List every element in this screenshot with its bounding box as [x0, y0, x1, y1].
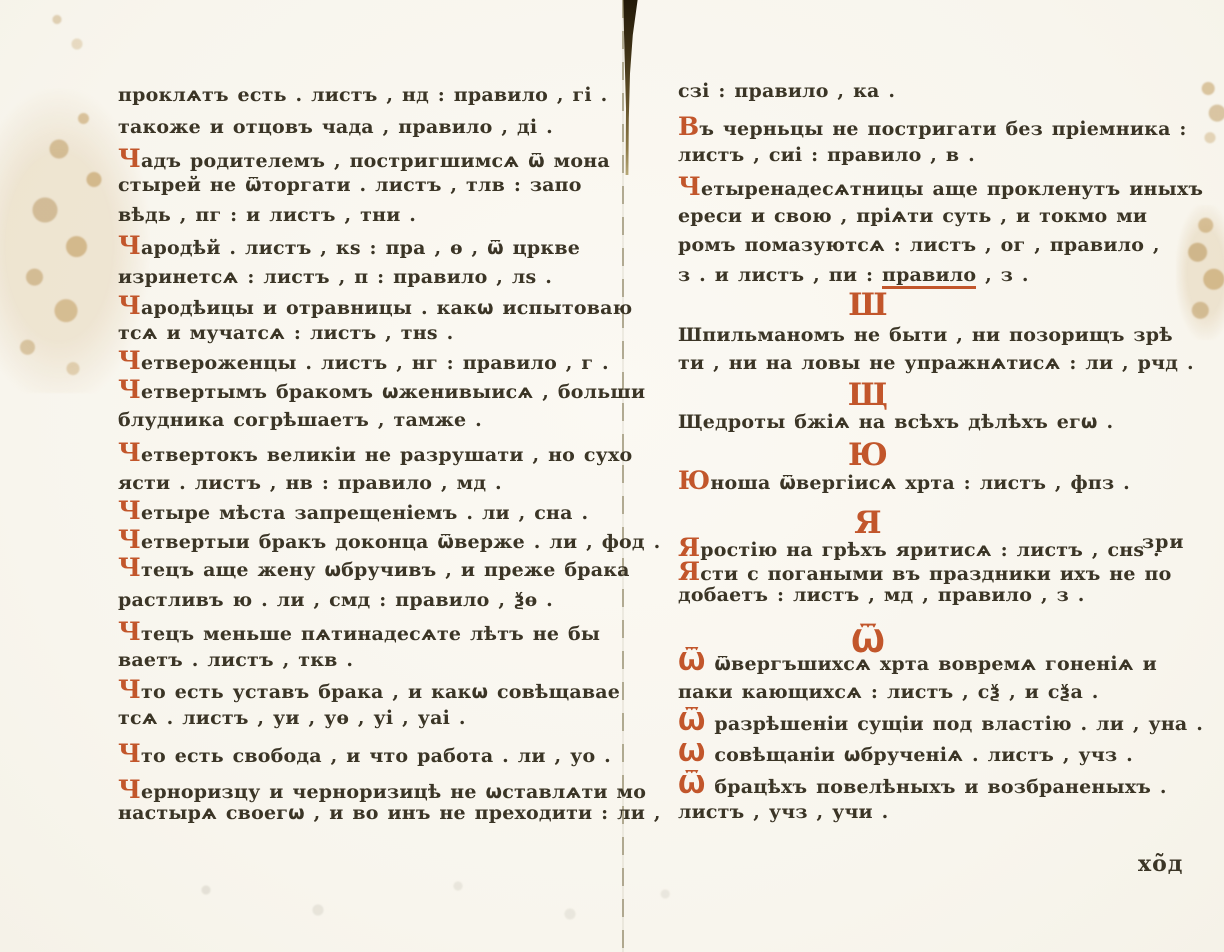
text-segment: совѣщаніи ѡбрученіѧ . листъ , учз .	[706, 744, 1133, 766]
text-line: Чародѣй . листъ , кѕ : пра , ѳ , ѿ цркве	[118, 231, 580, 261]
text-segment: разрѣшеніи сущіи под властію . ли , уна …	[706, 713, 1204, 735]
text-segment: блудника согрѣшаетъ , тамже .	[118, 409, 482, 431]
rubricated-initial: Ѡ	[678, 738, 706, 767]
rubricated-initial: Ѿ	[678, 647, 706, 676]
text-segment: ноша ѿвергіисѧ хрта : листъ , фпз .	[710, 472, 1130, 494]
text-line: Что есть свобода , и что работа . ли , у…	[118, 739, 611, 769]
text-segment: такоже и отцовъ чада , правило , ді .	[118, 116, 553, 138]
section-letter: Ш	[848, 287, 888, 323]
text-line: растливъ ю . ли , смд : правило , ѯѳ .	[118, 585, 553, 615]
rubricated-initial: Ч	[118, 553, 141, 582]
text-segment: вѣдь , пг : и листъ , тни .	[118, 204, 416, 226]
text-line: такоже и отцовъ чада , правило , ді .	[118, 112, 553, 142]
rubricated-initial: Ч	[678, 172, 701, 201]
rubricated-initial: Ч	[118, 231, 141, 260]
margin-note: зри	[1142, 531, 1185, 553]
text-segment: етыренадесѧтницы аще прокленутъ иныхъ	[701, 178, 1203, 200]
rubricated-initial: Ч	[118, 291, 141, 320]
text-line: з . и листъ , пи : правило , з .	[678, 260, 1029, 290]
rubricated-initial: Ч	[118, 739, 141, 768]
quire-signature: хо̃д	[1138, 851, 1183, 877]
text-line: листъ , сиі : правило , в .	[678, 140, 975, 170]
text-segment: ѿвергъшихсѧ хрта вовремѧ гоненіѧ и	[706, 653, 1157, 675]
text-line: листъ , учз , учи .	[678, 797, 888, 827]
text-line: Въ черньцы не постригати без пріемника :	[678, 112, 1187, 142]
text-line: Чтецъ меньше пѧтинадесѧте лѣтъ не бы	[118, 617, 600, 647]
text-line: Щедроты бжіѧ на всѣхъ дѣлѣхъ егѡ .	[678, 407, 1113, 437]
text-line: Юноша ѿвергіисѧ хрта : листъ , фпз .	[678, 466, 1130, 496]
text-line: блудника согрѣшаетъ , тамже .	[118, 405, 482, 435]
rubricated-initial: Ч	[118, 617, 141, 646]
right-page: сзі : правило , ка .Въ черньцы не постри…	[678, 0, 1158, 952]
text-segment: тецъ аще жену ѡбручивъ , и преже брака	[141, 559, 630, 581]
text-segment: тецъ меньше пѧтинадесѧте лѣтъ не бы	[141, 623, 600, 645]
text-segment: ясти . листъ , нв : правило , мд .	[118, 472, 502, 494]
text-segment: ъ черньцы не постригати без пріемника :	[699, 118, 1186, 140]
text-line: Четвероженцы . листъ , нг : правило , г …	[118, 346, 609, 376]
text-line: ромъ помазуютсѧ : листъ , ог , правило ,	[678, 230, 1160, 260]
text-line: ваетъ . листъ , ткв .	[118, 645, 353, 675]
text-segment: листъ , учз , учи .	[678, 801, 888, 823]
rubricated-initial: В	[678, 112, 699, 141]
text-segment: ародѣицы и отравницы . какѡ испытоваю	[141, 297, 632, 319]
text-segment: листъ , сиі : правило , в .	[678, 144, 975, 166]
rubricated-initial: Ч	[118, 438, 141, 467]
foxing-stain-right-upper	[1192, 68, 1224, 150]
text-segment: етыре мѣста запрещеніемъ . ли , сна .	[141, 502, 588, 524]
text-segment: то есть уставъ брака , и какѡ совѣщавае	[141, 681, 620, 703]
rubricated-initial: Ѿ	[678, 707, 706, 736]
text-line: Четыре мѣста запрещеніемъ . ли , сна .	[118, 496, 588, 526]
rubricated-initial: Ч	[118, 346, 141, 375]
text-segment: ти , ни на ловы не упражнѧтисѧ : ли , рч…	[678, 352, 1194, 374]
text-line: вѣдь , пг : и листъ , тни .	[118, 200, 416, 230]
text-segment: стырей не ѿторгати . листъ , тлв : запо	[118, 174, 582, 196]
section-letter-line: Ш	[678, 288, 1058, 322]
text-line: Шпильманомъ не быти , ни позорищъ зрѣ	[678, 320, 1173, 350]
text-segment: ромъ помазуютсѧ : листъ , ог , правило ,	[678, 234, 1160, 256]
text-line: Четвертыи бракъ доконца ѿверже . ли , фо…	[118, 525, 660, 555]
text-segment: етвероженцы . листъ , нг : правило , г .	[141, 352, 609, 374]
text-segment: етвертымъ бракомъ ѡженивыисѧ , больши	[141, 381, 645, 403]
text-line: сзі : правило , ка .	[678, 76, 895, 106]
text-line: Чародѣицы и отравницы . какѡ испытоваю	[118, 291, 632, 321]
foxing-stain-right-lower	[1176, 205, 1224, 340]
foxing-stain-left-top	[25, 2, 105, 72]
text-line: Ѿ ѿвергъшихсѧ хрта вовремѧ гоненіѧ и	[678, 647, 1157, 677]
text-line: Четвертокъ великіи не разрушати , но сух…	[118, 438, 632, 468]
rubricated-initial: Ю	[678, 466, 710, 495]
text-line: тсѧ и мучатсѧ : листъ , тнѕ .	[118, 318, 453, 348]
text-segment: добаетъ : листъ , мд , правило , з .	[678, 584, 1085, 606]
text-line: добаетъ : листъ , мд , правило , з .	[678, 580, 1085, 610]
text-segment: сзі : правило , ка .	[678, 80, 895, 102]
text-segment: то есть свобода , и что работа . ли , уо…	[141, 745, 611, 767]
text-line: настырѧ своегѡ , и во инъ не преходити :…	[118, 798, 661, 828]
rubricated-initial: Ч	[118, 144, 141, 173]
text-line: Что есть уставъ брака , и какѡ совѣщавае	[118, 675, 620, 705]
rubricated-initial: Ч	[118, 675, 141, 704]
text-segment: растливъ ю . ли , смд : правило , ѯѳ .	[118, 589, 553, 611]
text-line: паки кающихсѧ : листъ , сѯ , и сѯа .	[678, 677, 1099, 707]
left-page: проклѧтъ есть . листъ , нд : правило , г…	[118, 0, 623, 952]
text-line: Ѿ брацѣхъ повелѣныхъ и возбраненыхъ .	[678, 770, 1167, 800]
text-segment: ваетъ . листъ , ткв .	[118, 649, 353, 671]
text-segment: Шпильманомъ не быти , ни позорищъ зрѣ	[678, 324, 1173, 346]
text-line: ереси и свою , пріѧти суть , и токмо ми	[678, 201, 1147, 231]
text-segment: етвертыи бракъ доконца ѿверже . ли , фод…	[141, 531, 660, 553]
text-line: тсѧ . листъ , уи , уѳ , уі , уаі .	[118, 703, 466, 733]
text-segment: Щедроты бжіѧ на всѣхъ дѣлѣхъ егѡ .	[678, 411, 1113, 433]
text-segment: адъ родителемъ , постригшимсѧ ѿ мона	[141, 150, 610, 172]
text-line: стырей не ѿторгати . листъ , тлв : запо	[118, 170, 582, 200]
text-line: Четвертымъ бракомъ ѡженивыисѧ , больши	[118, 375, 645, 405]
text-segment: , з .	[976, 264, 1028, 286]
text-line: проклѧтъ есть . листъ , нд : правило , г…	[118, 80, 607, 110]
text-line: Ѿ разрѣшеніи сущіи под властію . ли , ун…	[678, 707, 1203, 737]
text-line: ти , ни на ловы не упражнѧтисѧ : ли , рч…	[678, 348, 1194, 378]
text-segment: з . и листъ , пи :	[678, 264, 882, 286]
text-line: ясти . листъ , нв : правило , мд .	[118, 468, 502, 498]
text-segment: паки кающихсѧ : листъ , сѯ , и сѯа .	[678, 681, 1099, 703]
text-line: Четыренадесѧтницы аще прокленутъ иныхъ	[678, 172, 1203, 202]
text-line: Ѡ совѣщаніи ѡбрученіѧ . листъ , учз .	[678, 738, 1133, 768]
text-line: Чтецъ аще жену ѡбручивъ , и преже брака	[118, 553, 630, 583]
text-segment: ереси и свою , пріѧти суть , и токмо ми	[678, 205, 1147, 227]
rubricated-initial: Ѿ	[678, 770, 706, 799]
red-underlined-word: правило	[882, 264, 976, 289]
text-segment: етвертокъ великіи не разрушати , но сухо	[141, 444, 632, 466]
text-segment: настырѧ своегѡ , и во инъ не преходити :…	[118, 802, 661, 824]
text-segment: проклѧтъ есть . листъ , нд : правило , г…	[118, 84, 607, 106]
text-segment: тсѧ и мучатсѧ : листъ , тнѕ .	[118, 322, 453, 344]
text-line: изринетсѧ : листъ , п : правило , лѕ .	[118, 262, 552, 292]
book-scan: проклѧтъ есть . листъ , нд : правило , г…	[0, 0, 1224, 952]
rubricated-initial: Ч	[118, 375, 141, 404]
rubricated-initial: Ч	[118, 496, 141, 525]
text-segment: ародѣй . листъ , кѕ : пра , ѳ , ѿ цркве	[141, 237, 580, 259]
rubricated-initial: Ч	[118, 525, 141, 554]
text-segment: брацѣхъ повелѣныхъ и возбраненыхъ .	[706, 776, 1167, 798]
text-segment: тсѧ . листъ , уи , уѳ , уі , уаі .	[118, 707, 466, 729]
text-segment: изринетсѧ : листъ , п : правило , лѕ .	[118, 266, 552, 288]
